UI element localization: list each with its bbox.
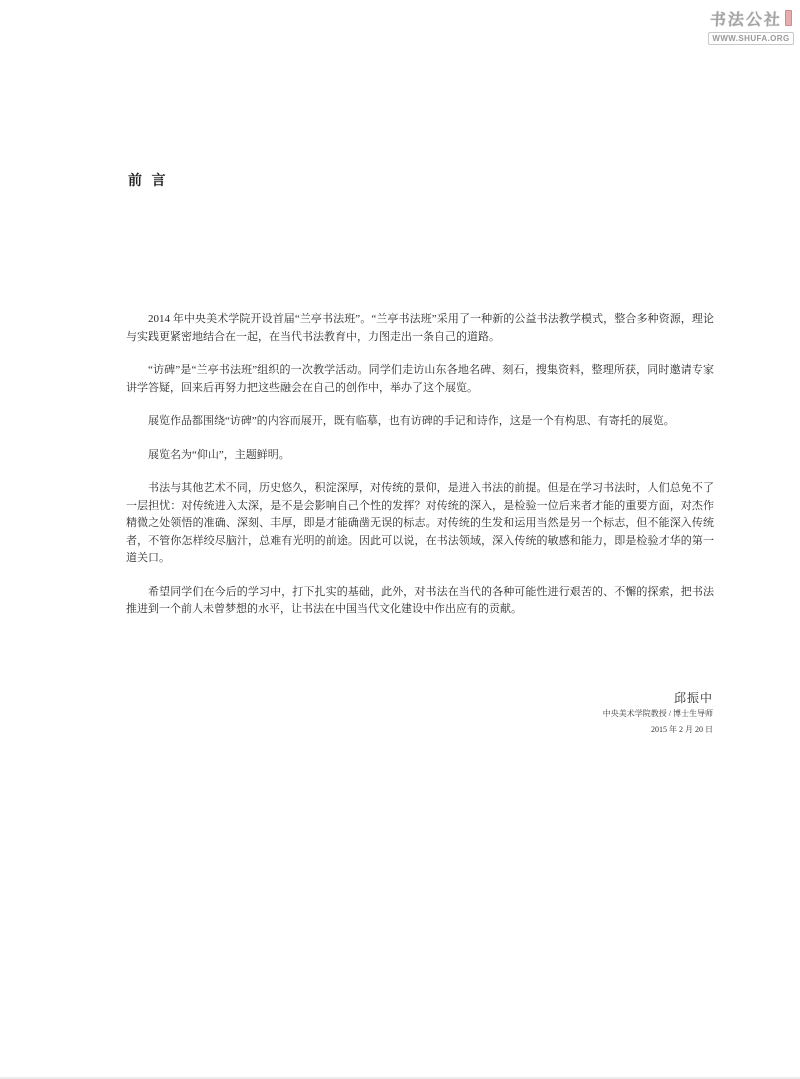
scanned-preface-page: 书法公社 WWW.SHUFA.ORG 前 言 2014 年中央美术学院开设首届“… <box>0 0 800 1079</box>
preface-paragraph: 书法与其他艺术不同，历史悠久，积淀深厚，对传统的景仰，是进入书法的前提。但是在学… <box>126 480 714 568</box>
preface-paragraph: 展览名为“仰山”，主题鲜明。 <box>126 447 714 465</box>
preface-body: 2014 年中央美术学院开设首届“兰亭书法班”。“兰亭书法班”采用了一种新的公益… <box>126 311 714 619</box>
author-affiliation: 中央美术学院教授 / 博士生导师 <box>603 706 713 722</box>
preface-paragraph: 希望同学们在今后的学习中，打下扎实的基础，此外，对书法在当代的各种可能性进行艰苦… <box>126 584 714 619</box>
watermark-brand-row: 书法公社 <box>705 8 797 28</box>
author-name: 邱振中 <box>603 691 713 706</box>
red-seal-icon <box>785 10 792 26</box>
page-title: 前 言 <box>128 170 167 190</box>
shufa-calligraphy-logo: 书法公社 <box>710 7 783 30</box>
preface-paragraph: 展览作品都围绕“访碑”的内容而展开，既有临摹，也有访碑的手记和诗作，这是一个有构… <box>126 413 714 431</box>
preface-paragraph: “访碑”是“兰亭书法班”组织的一次教学活动。同学们走访山东各地名碑、刻石，搜集资… <box>126 362 714 397</box>
site-watermark: 书法公社 WWW.SHUFA.ORG <box>705 8 797 46</box>
signature-block: 邱振中 中央美术学院教授 / 博士生导师 2015 年 2 月 20 日 <box>603 691 713 738</box>
watermark-url: WWW.SHUFA.ORG <box>708 32 793 45</box>
signature-date: 2015 年 2 月 20 日 <box>603 722 713 738</box>
preface-paragraph: 2014 年中央美术学院开设首届“兰亭书法班”。“兰亭书法班”采用了一种新的公益… <box>126 311 714 346</box>
